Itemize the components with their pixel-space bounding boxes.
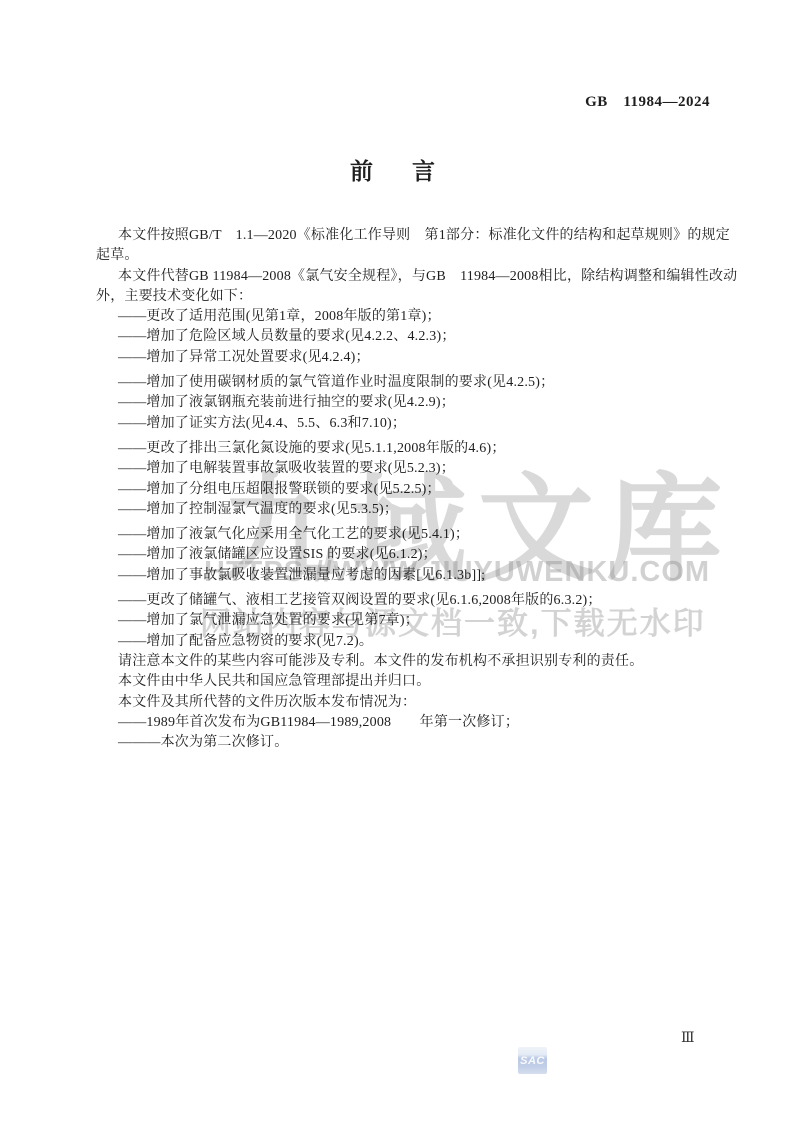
change-list-item: ——增加了电解装置事故氯吸收装置的要求(见5.2.3)； [96,459,736,479]
sac-logo: SAC [518,1047,547,1074]
history-list-item: ——1989年首次发布为GB11984—1989,2008 年第一次修订； [96,713,736,733]
change-list-item: ——增加了事故氯吸收装置泄漏量应考虑的因素[见6.1.3b]]; [96,566,736,586]
change-list-item: ——增加了使用碳钢材质的氯气管道作业时温度限制的要求(见4.2.5)； [96,373,736,393]
standard-number: GB 11984—2024 [585,90,710,111]
document-page: 九域文库 HTTPS://WWW.JIUYUWENKU.COM 网站内容与源文档… [0,0,793,1122]
change-list-item: ——增加了控制湿氯气温度的要求(见5.3.5)； [96,500,736,520]
foreword-body: 本文件按照GB/T 1.1—2020《标准化工作导则 第1部分：标准化文件的结构… [96,226,736,753]
body-line: 本文件由中华人民共和国应急管理部提出并归口。 [96,672,736,692]
change-list-item: ——增加了危险区域人员数量的要求(见4.2.2、4.2.3)； [96,327,736,347]
change-list-item: ——增加了异常工况处置要求(见4.2.4)； [96,348,736,368]
body-line: 起草。 [96,246,736,266]
body-line: 本文件按照GB/T 1.1—2020《标准化工作导则 第1部分：标准化文件的结构… [96,226,736,246]
history-list-item: ———本次为第二次修订。 [96,733,736,753]
page-number: Ⅲ [681,1030,695,1047]
change-list-item: ——增加了分组电压超限报警联锁的要求(见5.2.5)； [96,480,736,500]
change-list-item: ——增加了氯气泄漏应急处置的要求(见第7章)； [96,611,736,631]
change-list-item: ——更改了适用范围(见第1章，2008年版的第1章)； [96,307,736,327]
body-line: 本文件及其所代替的文件历次版本发布情况为： [96,693,736,713]
body-line: 本文件代替GB 11984—2008《氯气安全规程》，与GB 11984—200… [96,267,736,287]
change-list-item: ——更改了排出三氯化氮设施的要求(见5.1.1,2008年版的4.6)； [96,439,736,459]
change-list-item: ——增加了液氯气化应采用全气化工艺的要求(见5.4.1)； [96,525,736,545]
sac-logo-label: SAC [520,1055,545,1067]
change-list-item: ——增加了证实方法(见4.4、5.5、6.3和7.10)； [96,414,736,434]
change-list-item: ——增加了液氯钢瓶充装前进行抽空的要求(见4.2.9)； [96,393,736,413]
change-list-item: ——增加了配备应急物资的要求(见7.2)。 [96,632,736,652]
change-list-item: ——更改了储罐气、液相工艺接管双阀设置的要求(见6.1.6,2008年版的6.3… [96,591,736,611]
change-list-item: ——增加了液氯储罐区应设置SIS 的要求(见6.1.2)； [96,545,736,565]
body-line: 请注意本文件的某些内容可能涉及专利。本文件的发布机构不承担识别专利的责任。 [96,652,736,672]
page-title: 前 言 [0,153,793,186]
body-line: 外，主要技术变化如下： [96,287,736,307]
